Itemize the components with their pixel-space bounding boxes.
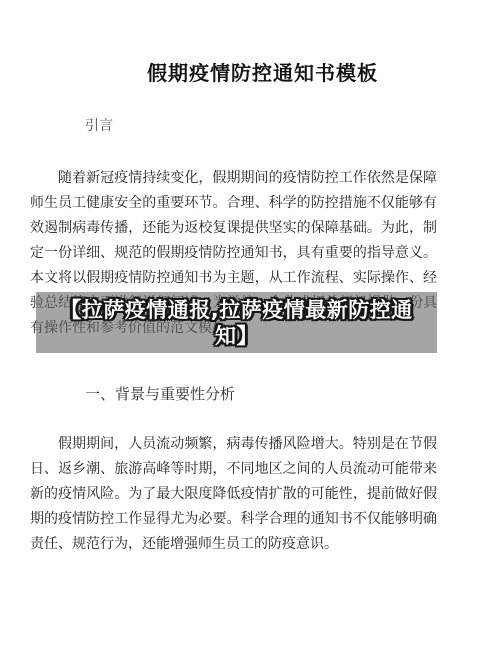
document-title: 假期疫情防控通知书模板	[0, 57, 500, 86]
section1-heading: 一、背景与重要性分析	[85, 383, 235, 404]
intro-heading: 引言	[85, 115, 113, 135]
watermark-banner-text: 【拉萨疫情通报,拉萨疫情最新防控通知】	[36, 297, 437, 349]
document-page: 假期疫情防控通知书模板 引言 随着新冠疫情持续变化，假期期间的疫情防控工作依然是…	[0, 0, 500, 647]
paragraph-background-analysis: 假期期间，人员流动频繁，病毒传播风险增大。特别是在节假日、返乡潮、旅游高峰等时期…	[30, 432, 437, 557]
